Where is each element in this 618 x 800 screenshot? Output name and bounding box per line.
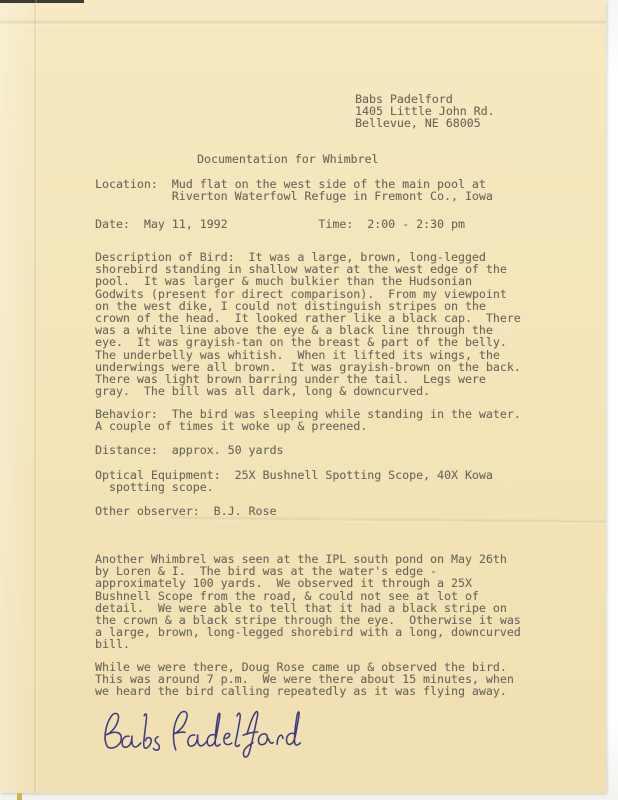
location-field: Location: Mud flat on the west side of t… bbox=[95, 178, 493, 202]
other-observer-field: Other observer: B.J. Rose bbox=[95, 505, 276, 517]
bird-description-paragraph: Description of Bird: It was a large, bro… bbox=[95, 251, 521, 397]
description-line: eye. It was grayish-tan on the breast & … bbox=[95, 336, 521, 348]
scan-artifact-bottom bbox=[17, 793, 22, 800]
sender-address-block: Babs Padelford1405 Little John Rd.Bellev… bbox=[355, 93, 495, 130]
signature-ink bbox=[100, 702, 306, 764]
second-sighting-line: Bushnell Scope from the road, & could no… bbox=[95, 590, 521, 602]
scan-artifact-top bbox=[0, 0, 84, 3]
fold-crease-vertical bbox=[34, 0, 37, 793]
description-line: gray. The bill was all dark, long & down… bbox=[95, 385, 521, 397]
date-time-field: Date: May 11, 1992 Time: 2:00 - 2:30 pm bbox=[95, 218, 465, 230]
second-sighting-line: approximately 100 yards. We observed it … bbox=[95, 577, 521, 589]
second-sighting-line: bill. bbox=[95, 638, 521, 650]
optical-equipment-field: Optical Equipment: 25X Bushnell Spotting… bbox=[95, 469, 493, 493]
behavior-line: A couple of times it woke up & preened. bbox=[95, 420, 521, 432]
address-line: Bellevue, NE 68005 bbox=[355, 117, 495, 129]
fold-crease-top bbox=[0, 19, 606, 26]
second-sighting-paragraph: Another Whimbrel was seen at the IPL sou… bbox=[95, 553, 521, 651]
description-line: The underbelly was whitish. When it lift… bbox=[95, 349, 521, 361]
scanned-page: Babs Padelford1405 Little John Rd.Bellev… bbox=[0, 0, 618, 800]
optical-equipment-line: spotting scope. bbox=[95, 481, 493, 493]
document-paper: Babs Padelford1405 Little John Rd.Bellev… bbox=[0, 0, 606, 793]
document-title: Documentation for Whimbrel bbox=[197, 153, 378, 165]
description-line: Godwits (present for direct comparison).… bbox=[95, 288, 521, 300]
closing-line: we heard the bird calling repeatedly as … bbox=[95, 685, 514, 697]
second-sighting-line: a large, brown, long-legged shorebird wi… bbox=[95, 626, 521, 638]
location-line: Riverton Waterfowl Refuge in Fremont Co.… bbox=[95, 190, 493, 202]
description-line: pool. It was larger & much bulkier than … bbox=[95, 275, 521, 287]
closing-paragraph: While we were there, Doug Rose came up &… bbox=[95, 661, 514, 698]
behavior-field: Behavior: The bird was sleeping while st… bbox=[95, 408, 521, 432]
signature: Babs Padelford bbox=[100, 702, 306, 764]
distance-field: Distance: approx. 50 yards bbox=[95, 444, 283, 456]
